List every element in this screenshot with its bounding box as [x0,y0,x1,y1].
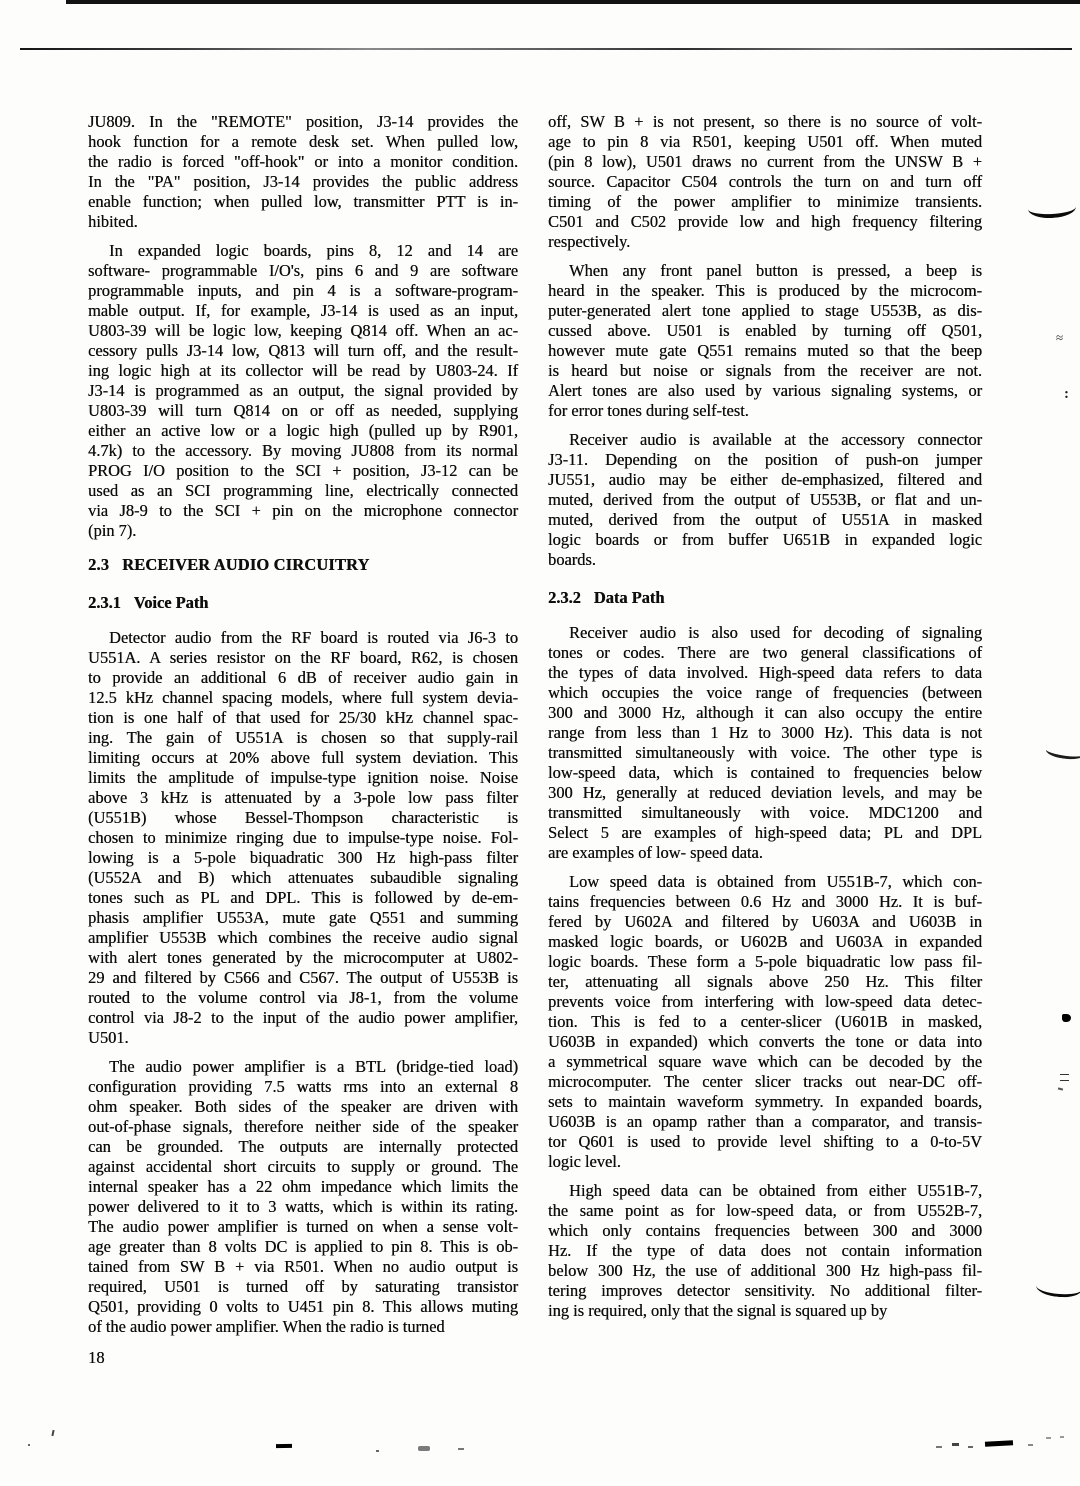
paragraph: When any front panel button is pressed, … [548,261,982,421]
text-line: ing. The gain of U551A is chosen so that… [88,728,518,748]
text-line: ter, attenuating all signals above 250 H… [548,972,982,992]
text-line: When any front panel button is pressed, … [548,261,982,281]
text-line: The audio power amplifier is a BTL (brid… [88,1057,518,1077]
text-line: chosen to minimize ringing due to impuls… [88,828,518,848]
text-line: routed to the volume control via J8-1, f… [88,988,518,1008]
text-line: J3-14 is programmed as an output, the si… [88,381,518,401]
section-title: Voice Path [134,593,209,612]
text-line: Hz. If the type of data does not contain… [548,1241,982,1261]
text-line: masked logic boards, or U602B and U603A … [548,932,982,952]
scan-artifact-curve [1045,741,1080,763]
text-line: Low speed data is obtained from U551B-7,… [548,872,982,892]
text-line: of the audio power amplifier. When the r… [88,1317,518,1337]
text-line: 300 and 3000 Hz, although it can also oc… [548,703,982,723]
text-line: source. Capacitor C504 controls the turn… [548,172,982,192]
text-line: out-of-phase signals, therefore neither … [88,1117,518,1137]
text-line: hibited. [88,212,518,232]
text-line: tion. This is fed to a center-slicer (U6… [548,1012,982,1032]
section-2-3-2-heading: 2.3.2Data Path [548,588,982,608]
text-line: heard in the speaker. This is produced b… [548,281,982,301]
text-line: used as an SCI programming line, electri… [88,481,518,501]
text-line: cessory pulls J3-14 low, Q813 will turn … [88,341,518,361]
text-line: programmable inputs, and pin 4 is a soft… [88,281,518,301]
text-line: respectively. [548,232,982,252]
text-line: U501. [88,1028,518,1048]
text-line: tering improves detector sensitivity. No… [548,1281,982,1301]
section-number: 2.3 [88,555,109,574]
section-2-3-heading: 2.3RECEIVER AUDIO CIRCUITRY [88,555,518,575]
section-number: 2.3.1 [88,593,121,612]
text-line: U603B is an opamp rather than a comparat… [548,1112,982,1132]
text-line: are examples of low- speed data. [548,843,982,863]
text-line: with alert tones generated by the microc… [88,948,518,968]
text-line: off, SW B + is not present, so there is … [548,112,982,132]
scan-artifact-dash [936,1446,942,1448]
text-line: tains frequencies between 0.6 Hz and 300… [548,892,982,912]
scan-artifact-mark [1058,1087,1063,1090]
text-line: (pin 8 low), U501 draws no current from … [548,152,982,172]
text-line: above 3 kHz is attenuated by a 3-pole lo… [88,788,518,808]
scan-artifact-dash [276,1444,292,1448]
paragraph: In expanded logic boards, pins 8, 12 and… [88,241,518,541]
section-2-3-1-heading: 2.3.1Voice Path [88,593,518,613]
text-line: boards. [548,550,982,570]
section-number: 2.3.2 [548,588,581,607]
text-line: age to pin 8 via R501, keeping U501 off.… [548,132,982,152]
text-line: tones such as PL and DPL. This is follow… [88,888,518,908]
document-page: ≈ : JU809. In the "REMOTE" position, J3-… [0,0,1080,1486]
text-line: (pin 7). [88,521,518,541]
paragraph: Receiver audio is available at the acces… [548,430,982,570]
text-line: limiting occurs at 20% above full system… [88,748,518,768]
text-line: the radio is forced "off-hook" or into a… [88,152,518,172]
scan-artifact-dash [968,1446,973,1448]
text-line: U803-39 will be logic low, keeping Q814 … [88,321,518,341]
text-line: enable function; when pulled low, transm… [88,192,518,212]
text-line: transmitted simultaneously with voice. T… [548,743,982,763]
text-line: (U552A and B) which attenuates subaudibl… [88,868,518,888]
text-line: for error tones during self-test. [548,401,982,421]
text-line: U603B in expanded) which converts the to… [548,1032,982,1052]
text-line: which occupies the voice range of freque… [548,683,982,703]
section-title: Data Path [594,588,665,607]
text-line: (U551B) whose Bessel-Thompson characteri… [88,808,518,828]
text-line: sets to maintain waveform symmetry. In e… [548,1092,982,1112]
text-line: muted, derived from the output of U553B,… [548,490,982,510]
right-column: off, SW B + is not present, so there is … [548,112,982,1330]
text-line: 4.7k) to the accessory. By moving JU808 … [88,441,518,461]
section-title: RECEIVER AUDIO CIRCUITRY [122,555,369,574]
text-line: amplifier U553B which combines the recei… [88,928,518,948]
scan-artifact-dash [985,1440,1013,1446]
scan-artifact-top-bar [66,0,1080,4]
text-line: JU809. In the "REMOTE" position, J3-14 p… [88,112,518,132]
paragraph: Receiver audio is also used for decoding… [548,623,982,863]
text-line: U803-39 will turn Q814 on or off as need… [88,401,518,421]
text-line: can be grounded. The outputs are interna… [88,1137,518,1157]
paragraph: Low speed data is obtained from U551B-7,… [548,872,982,1172]
scan-artifact-squiggle: ≈ [1056,330,1063,346]
text-line: timing of the power amplifier to minimiz… [548,192,982,212]
text-line: hook function for a remote desk set. Whe… [88,132,518,152]
scan-artifact-mark [28,1444,30,1446]
scan-artifact-blob [1062,1014,1071,1022]
scan-artifact-top-rule [20,48,1072,50]
text-line: the same point as for low-speed data, or… [548,1201,982,1221]
text-line: power delivered to it to 3 watts, which … [88,1197,518,1217]
text-line: control via J8-2 to the input of the aud… [88,1008,518,1028]
scan-artifact-dash [952,1443,959,1446]
text-line: lowing is a 5-pole biquadratic 300 Hz hi… [88,848,518,868]
text-line: transmitted simultaneously with voice. M… [548,803,982,823]
scan-artifact-mark [51,1430,54,1436]
text-line: ing logic high at its collector will be … [88,361,518,381]
scan-artifact-dash [1046,1437,1051,1439]
text-line: J3-11. Depending on the position of push… [548,450,982,470]
scan-artifact-dash [1060,1436,1064,1438]
text-line: age greater than 8 volts DC is applied t… [88,1237,518,1257]
text-line: cussed above. U501 is enabled by turning… [548,321,982,341]
text-line: configuration providing 7.5 watts rms in… [88,1077,518,1097]
text-line: required, U501 is turned off by saturati… [88,1277,518,1297]
text-line: ing is required, only that the signal is… [548,1301,982,1321]
text-line: a symmetrical square wave which can be d… [548,1052,982,1072]
text-line: Q501, providing 0 volts to U451 pin 8. T… [88,1297,518,1317]
text-line: tion is one half of that used for 25/30 … [88,708,518,728]
text-line: phasis amplifier U553A, mute gate Q551 a… [88,908,518,928]
text-line: is heard but noise or signals from the r… [548,361,982,381]
text-line: C501 and C502 provide low and high frequ… [548,212,982,232]
text-line: Receiver audio is also used for decoding… [548,623,982,643]
scan-artifact-dash [418,1446,430,1451]
paragraph: The audio power amplifier is a BTL (brid… [88,1057,518,1337]
text-line: In expanded logic boards, pins 8, 12 and… [88,241,518,261]
left-column: JU809. In the "REMOTE" position, J3-14 p… [88,112,518,1346]
text-line: tor Q601 is used to provide level shifti… [548,1132,982,1152]
text-line: the types of data involved. High-speed d… [548,663,982,683]
scan-artifact-mark [1060,1074,1069,1081]
text-line: PROG I/O position to the SCI + position,… [88,461,518,481]
text-line: Select 5 are examples of high-speed data… [548,823,982,843]
text-line: via J8-9 to the SCI + pin on the microph… [88,501,518,521]
paragraph: off, SW B + is not present, so there is … [548,112,982,252]
text-line: range from less than 1 Hz to 3000 Hz). T… [548,723,982,743]
text-line: below 300 Hz, the use of additional 300 … [548,1261,982,1281]
text-line: ohm speaker. Both sides of the speaker a… [88,1097,518,1117]
text-line: muted, derived from the output of U551A … [548,510,982,530]
paragraph: Detector audio from the RF board is rout… [88,628,518,1048]
text-line: logic level. [548,1152,982,1172]
text-line: software- programmable I/O's, pins 6 and… [88,261,518,281]
text-line: however mute gate Q551 remains muted so … [548,341,982,361]
scan-artifact-curve [1035,1276,1080,1298]
text-line: U551A. A series resistor on the RF board… [88,648,518,668]
page-number: 18 [88,1348,105,1368]
text-line: puter-generated alert tone applied to st… [548,301,982,321]
text-line: In the "PA" position, J3-14 provides the… [88,172,518,192]
scan-artifact-dash [376,1450,379,1452]
text-line: logic boards. These form a 5-pole biquad… [548,952,982,972]
scan-artifact-colon: : [1064,386,1069,403]
text-line: tained from SW B + via R501. When no aud… [88,1257,518,1277]
text-line: to provide an additional 6 dB of receive… [88,668,518,688]
paragraph: JU809. In the "REMOTE" position, J3-14 p… [88,112,518,232]
text-line: 12.5 kHz channel spacing models, where f… [88,688,518,708]
scan-artifact-dash [1028,1444,1033,1446]
text-line: tones or codes. There are two general cl… [548,643,982,663]
text-line: which only contains frequencies between … [548,1221,982,1241]
text-line: Alert tones are also used by various sig… [548,381,982,401]
paragraph: High speed data can be obtained from eit… [548,1181,982,1321]
text-line: logic boards or from buffer U651B in exp… [548,530,982,550]
text-line: High speed data can be obtained from eit… [548,1181,982,1201]
text-line: microcomputer. The center slicer tracks … [548,1072,982,1092]
text-line: mable output. If, for example, J3-14 is … [88,301,518,321]
text-line: Receiver audio is available at the acces… [548,430,982,450]
text-line: 300 Hz, generally at reduced deviation l… [548,783,982,803]
scan-artifact-curve [1028,197,1077,219]
text-line: JU551, audio may be either de-emphasized… [548,470,982,490]
text-line: prevents voice from interfering with low… [548,992,982,1012]
text-line: low-speed data, which is contained to fr… [548,763,982,783]
text-line: limits the amplitude of impulse-type ign… [88,768,518,788]
text-line: internal speaker has a 22 ohm impedance … [88,1177,518,1197]
text-line: The audio power amplifier is turned on w… [88,1217,518,1237]
text-line: 29 and filtered by C566 and C567. The ou… [88,968,518,988]
scan-artifact-dash [458,1448,464,1450]
text-line: either an active low or a logic high (pu… [88,421,518,441]
text-line: Detector audio from the RF board is rout… [88,628,518,648]
text-line: against accidental short circuits to sup… [88,1157,518,1177]
text-line: fered by U602A and filtered by U603A and… [548,912,982,932]
